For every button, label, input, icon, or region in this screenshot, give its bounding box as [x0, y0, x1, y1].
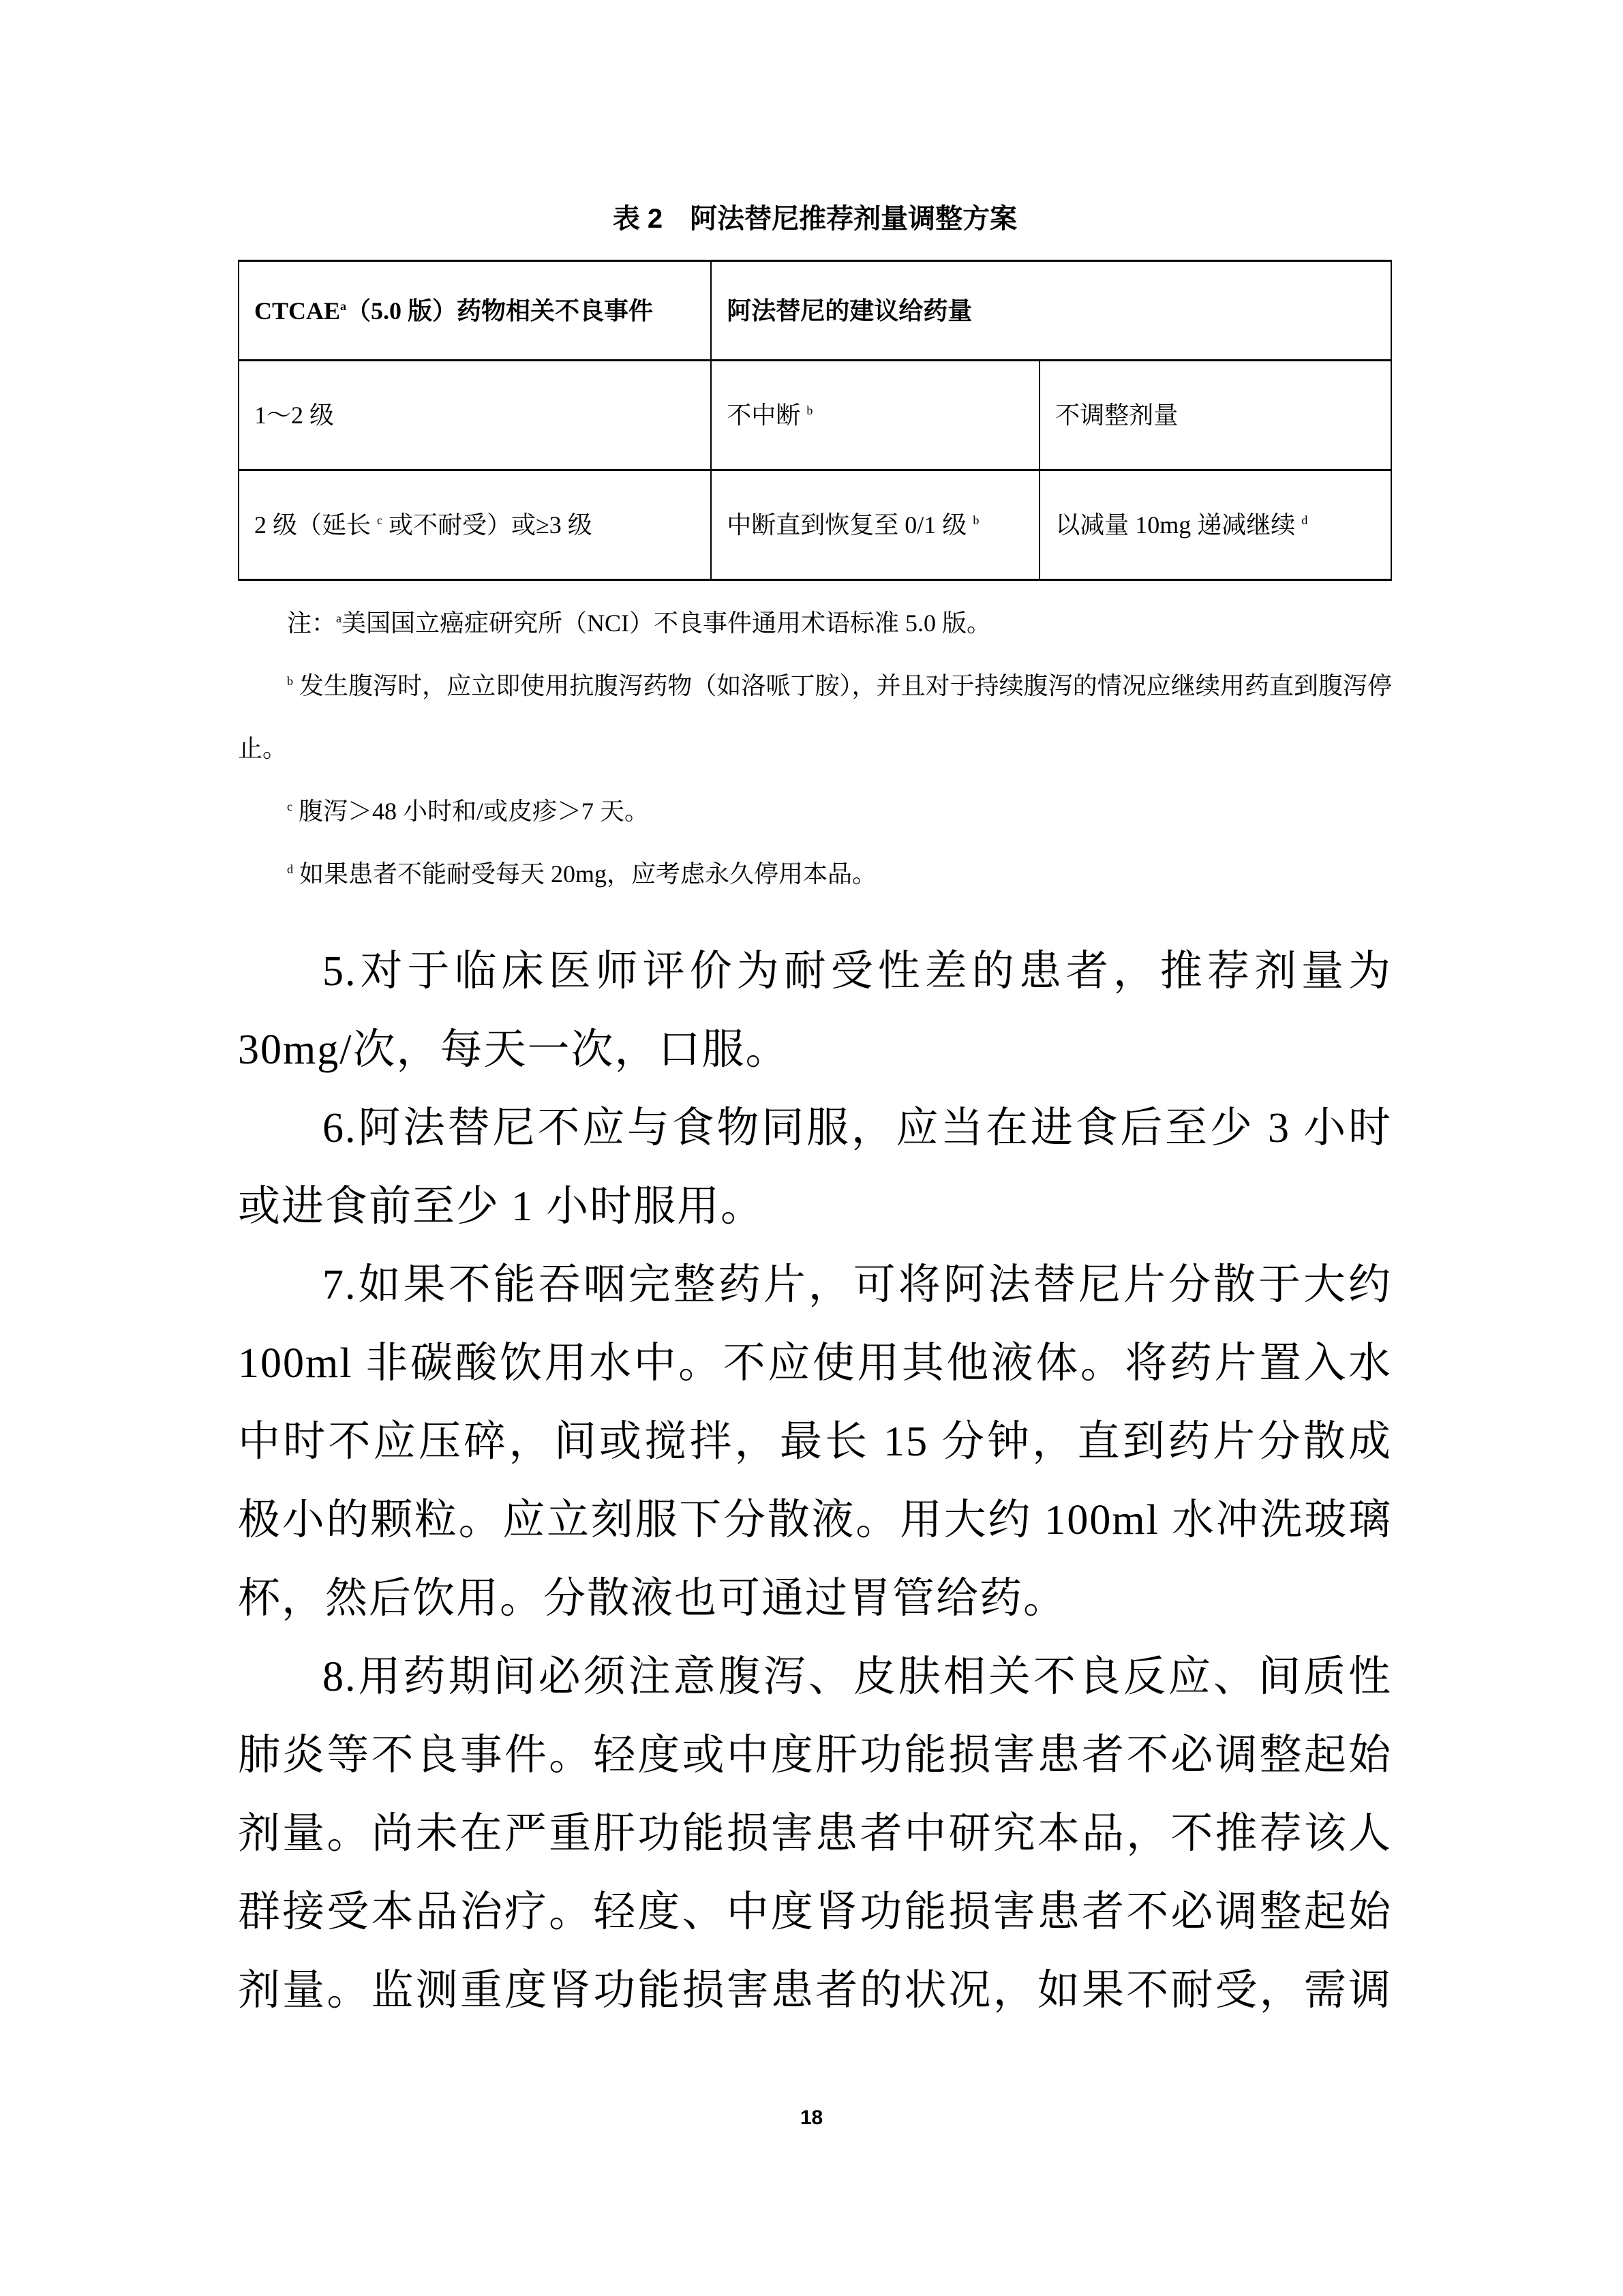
footnote-d: d 如果患者不能耐受每天 20mg，应考虑永久停用本品。	[238, 843, 1392, 905]
document-page: 表 2 阿法替尼推荐剂量调整方案 CTCAEa（5.0 版）药物相关不良事件 阿…	[0, 0, 1623, 2296]
header-cell-recommended-dose: 阿法替尼的建议给药量	[711, 261, 1391, 361]
table-cell-interruption: 不中断 b	[711, 361, 1040, 470]
page-content: 表 2 阿法替尼推荐剂量调整方案 CTCAEa（5.0 版）药物相关不良事件 阿…	[238, 0, 1392, 2030]
footnote-c: c 腹泻＞48 小时和/或皮疹＞7 天。	[238, 780, 1392, 843]
table-footnotes: 注：a美国国立癌症研究所（NCI）不良事件通用术语标准 5.0 版。 b 发生腹…	[238, 592, 1392, 905]
paragraph-5: 5.对于临床医师评价为耐受性差的患者，推荐剂量为 30mg/次，每天一次，口服。	[238, 933, 1392, 1089]
body-text: 5.对于临床医师评价为耐受性差的患者，推荐剂量为 30mg/次，每天一次，口服。…	[238, 933, 1392, 2030]
table-header-row: CTCAEa（5.0 版）药物相关不良事件 阿法替尼的建议给药量	[239, 261, 1391, 361]
table-cell-dose-action: 以减量 10mg 递减继续 d	[1040, 470, 1391, 580]
dose-adjustment-table: CTCAEa（5.0 版）药物相关不良事件 阿法替尼的建议给药量 1～2 级 不…	[238, 260, 1392, 581]
table-caption: 表 2 阿法替尼推荐剂量调整方案	[238, 200, 1392, 238]
footnote-b: b 发生腹泻时，应立即使用抗腹泻药物（如洛哌丁胺），并且对于持续腹泻的情况应继续…	[238, 654, 1392, 780]
table-row: 1～2 级 不中断 b 不调整剂量	[239, 361, 1391, 470]
table-row: 2 级（延长 c 或不耐受）或≥3 级 中断直到恢复至 0/1 级 b 以减量 …	[239, 470, 1391, 580]
header-cell-adverse-event: CTCAEa（5.0 版）药物相关不良事件	[239, 261, 711, 361]
paragraph-8: 8.用药期间必须注意腹泻、皮肤相关不良反应、间质性肺炎等不良事件。轻度或中度肝功…	[238, 1638, 1392, 2030]
paragraph-7: 7.如果不能吞咽完整药片，可将阿法替尼片分散于大约 100ml 非碳酸饮用水中。…	[238, 1246, 1392, 1638]
footnote-a: 注：a美国国立癌症研究所（NCI）不良事件通用术语标准 5.0 版。	[238, 592, 1392, 654]
table-cell-grade: 1～2 级	[239, 361, 711, 470]
table-cell-interruption: 中断直到恢复至 0/1 级 b	[711, 470, 1040, 580]
paragraph-6: 6.阿法替尼不应与食物同服，应当在进食后至少 3 小时或进食前至少 1 小时服用…	[238, 1089, 1392, 1246]
table-cell-dose-action: 不调整剂量	[1040, 361, 1391, 470]
table-cell-grade: 2 级（延长 c 或不耐受）或≥3 级	[239, 470, 711, 580]
page-number: 18	[0, 2106, 1623, 2130]
